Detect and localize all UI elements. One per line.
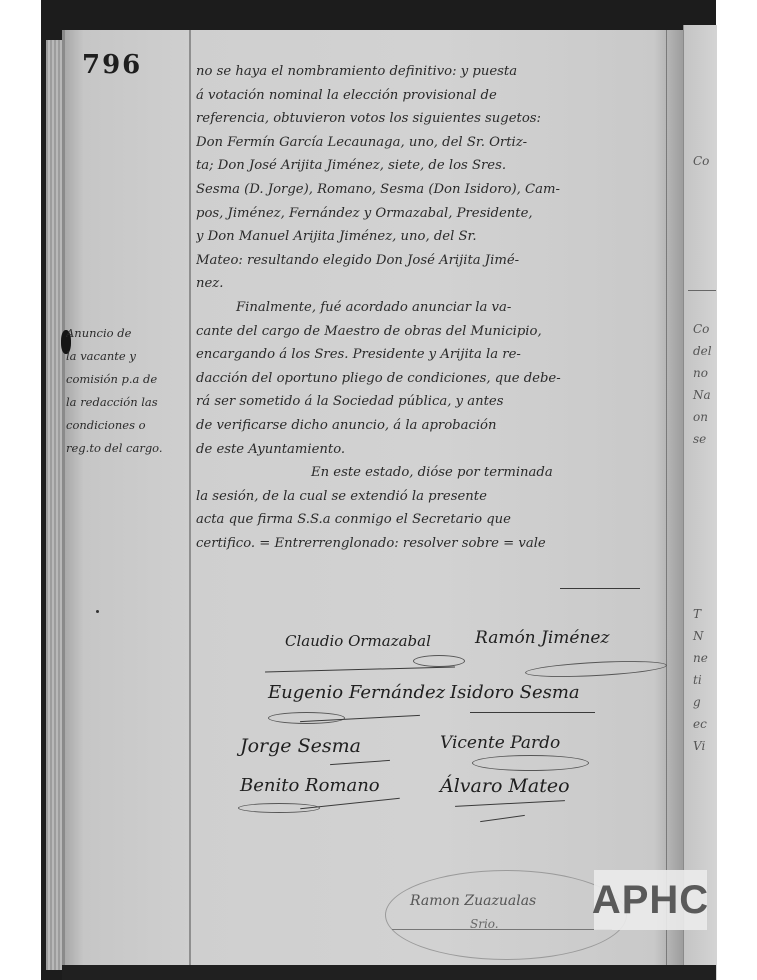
fragment: Vi bbox=[693, 735, 708, 757]
notary-signature-flourish bbox=[385, 870, 627, 960]
body-line: Sesma (D. Jorge), Romano, Sesma (Don Isi… bbox=[196, 178, 661, 202]
margin-note: Anuncio de la vacante y comisión p.a de … bbox=[66, 322, 188, 460]
paragraph3-line: En este estado, dióse por terminada bbox=[196, 461, 661, 485]
signature-isidoro-sesma: Isidoro Sesma bbox=[450, 682, 580, 703]
paragraph2-line: Finalmente, fué acordado anunciar la va- bbox=[196, 296, 661, 320]
fragment: del bbox=[693, 340, 712, 362]
signature-flourish bbox=[470, 712, 595, 713]
body-line: nez. bbox=[196, 272, 661, 296]
signature-vicente-pardo: Vicente Pardo bbox=[440, 733, 560, 753]
paragraph3-line: la sesión, de la cual se extendió la pre… bbox=[196, 485, 661, 509]
margin-note-line: comisión p.a de bbox=[66, 368, 188, 391]
body-line: referencia, obtuvieron votos los siguien… bbox=[196, 107, 661, 131]
signature-flourish bbox=[268, 712, 345, 724]
fragment: Co bbox=[693, 318, 712, 340]
fragment: ti bbox=[693, 669, 708, 691]
closing-rule bbox=[560, 588, 640, 589]
signature-eugenio-fernandez: Eugenio Fernández bbox=[268, 682, 445, 703]
fragment: on bbox=[693, 406, 712, 428]
signature-claudio-ormazabal: Claudio Ormazabal bbox=[285, 632, 431, 650]
archive-watermark-logo: APHC bbox=[594, 870, 707, 930]
body-line: y Don Manuel Arijita Jiménez, uno, del S… bbox=[196, 225, 661, 249]
fragment: se bbox=[693, 428, 712, 450]
fragment: ec bbox=[693, 713, 708, 735]
next-page-rule bbox=[688, 290, 716, 291]
paragraph2-line: de este Ayuntamiento. bbox=[196, 438, 661, 462]
margin-rule bbox=[189, 30, 191, 965]
signature-ramon-jimenez: Ramón Jiménez bbox=[475, 628, 609, 648]
margin-note-line: reg.to del cargo. bbox=[66, 437, 188, 460]
signature-benito-romano: Benito Romano bbox=[240, 775, 380, 796]
next-page-text: Co del no Na on se bbox=[693, 318, 712, 450]
signature-flourish bbox=[413, 655, 465, 667]
fragment: ne bbox=[693, 647, 708, 669]
right-rule bbox=[666, 30, 667, 965]
body-line: Don Fermín García Lecaunaga, uno, del Sr… bbox=[196, 131, 661, 155]
ink-speck bbox=[96, 610, 99, 613]
margin-note-line: condiciones o bbox=[66, 414, 188, 437]
signature-jorge-sesma: Jorge Sesma bbox=[240, 735, 361, 757]
paragraph2-line: encargando á los Sres. Presidente y Arij… bbox=[196, 343, 661, 367]
margin-note-line: Anuncio de bbox=[66, 322, 188, 345]
body-line: ta; Don José Arijita Jiménez, siete, de … bbox=[196, 154, 661, 178]
body-line: pos, Jiménez, Fernández y Ormazabal, Pre… bbox=[196, 202, 661, 226]
signature-flourish bbox=[472, 755, 589, 771]
fragment: g bbox=[693, 691, 708, 713]
margin-note-line: la redacción las bbox=[66, 391, 188, 414]
next-page-text: T N ne ti g ec Vi bbox=[693, 603, 708, 757]
fragment: no bbox=[693, 362, 712, 384]
paragraph2-line: cante del cargo de Maestro de obras del … bbox=[196, 320, 661, 344]
margin-note-line: la vacante y bbox=[66, 345, 188, 368]
signature-alvaro-mateo: Álvaro Mateo bbox=[440, 775, 570, 797]
paragraph3-line: certifico. = Entrerrenglonado: resolver … bbox=[196, 532, 661, 556]
fragment: Co bbox=[693, 150, 709, 172]
paragraph2-line: de verificarse dicho anuncio, á la aprob… bbox=[196, 414, 661, 438]
body-line: á votación nominal la elección provision… bbox=[196, 84, 661, 108]
notary-signature: Ramon Zuazualas bbox=[410, 893, 536, 909]
next-page-text: Co bbox=[693, 150, 709, 172]
paragraph3-line: acta que firma S.S.a conmigo el Secretar… bbox=[196, 508, 661, 532]
ledger-page-edges bbox=[46, 40, 62, 970]
fragment: N bbox=[693, 625, 708, 647]
fragment: Na bbox=[693, 384, 712, 406]
minutes-body: no se haya el nombramiento definitivo: y… bbox=[196, 60, 661, 555]
scan-bottom-edge bbox=[62, 965, 716, 980]
body-line: Mateo: resultando elegido Don José Ariji… bbox=[196, 249, 661, 273]
body-line: no se haya el nombramiento definitivo: y… bbox=[196, 60, 661, 84]
notary-rule bbox=[392, 929, 612, 930]
paragraph2-line: rá ser sometido á la Sociedad pública, y… bbox=[196, 390, 661, 414]
folio-number: 796 bbox=[82, 50, 142, 80]
paragraph2-line: dacción del oportuno pliego de condicion… bbox=[196, 367, 661, 391]
fragment: T bbox=[693, 603, 708, 625]
